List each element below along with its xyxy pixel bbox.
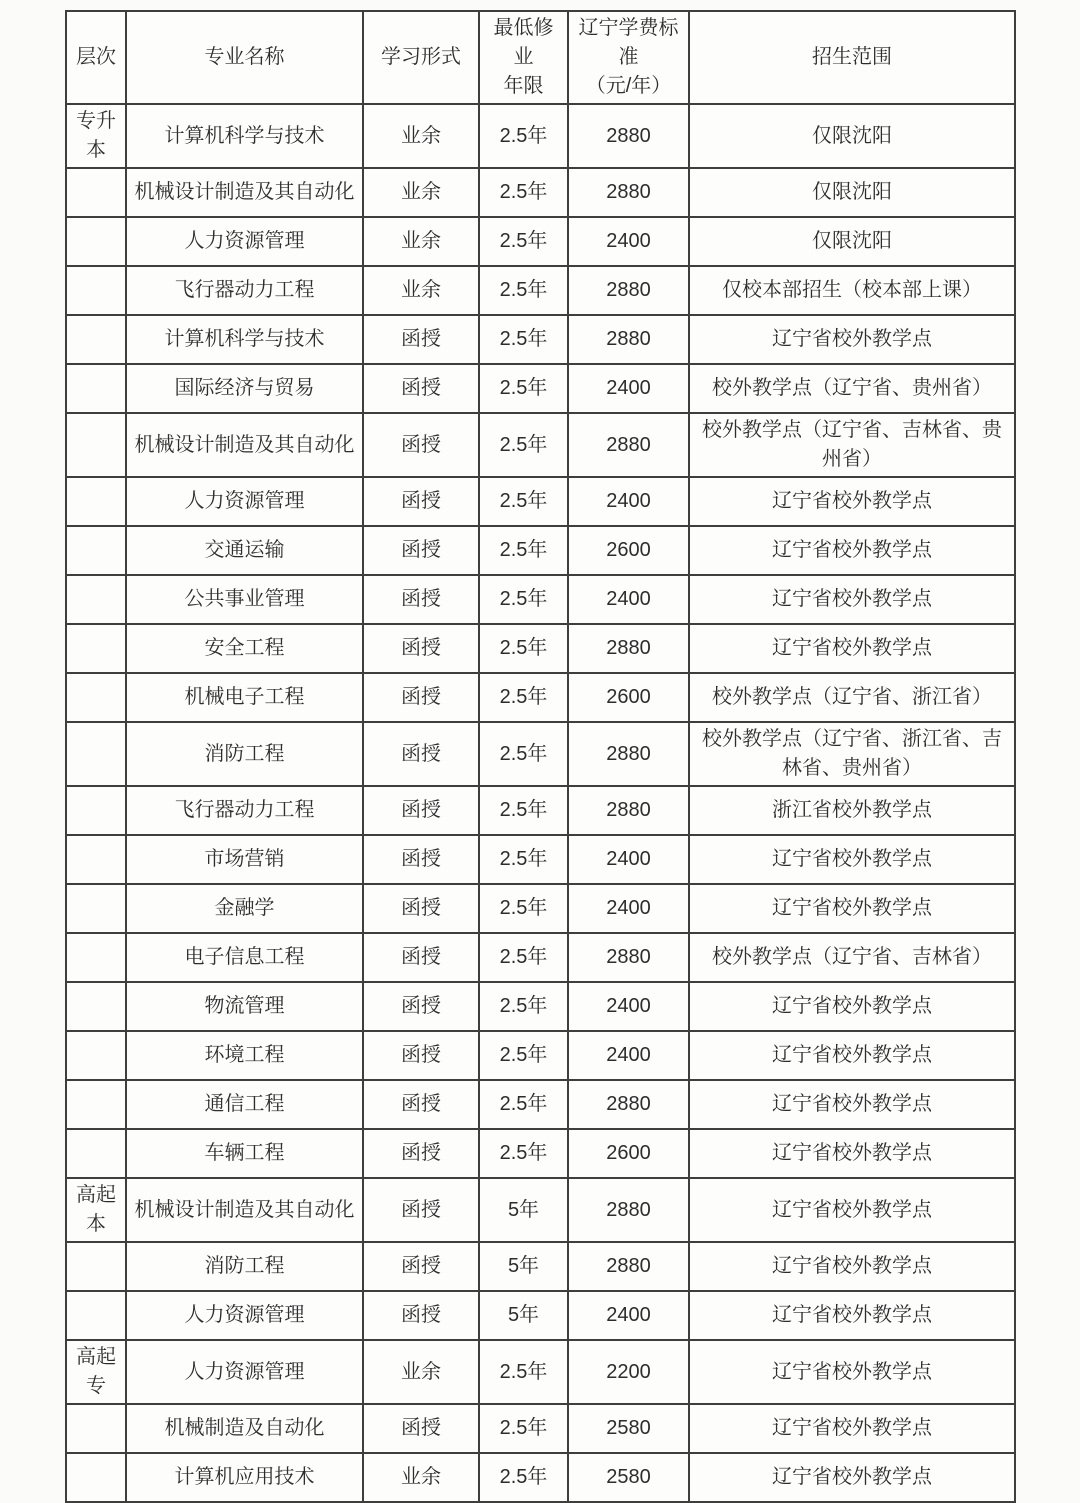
cell-enrollment-scope: 辽宁省校外教学点 bbox=[689, 624, 1015, 673]
cell-study-form: 函授 bbox=[363, 1031, 479, 1080]
cell-min-years: 2.5年 bbox=[479, 722, 568, 786]
table-row: 安全工程 函授 2.5年 2880 辽宁省校外教学点 bbox=[66, 624, 1015, 673]
table-row: 交通运输 函授 2.5年 2600 辽宁省校外教学点 bbox=[66, 526, 1015, 575]
cell-enrollment-scope: 辽宁省校外教学点 bbox=[689, 1340, 1015, 1404]
cell-tuition-fee: 2400 bbox=[568, 1031, 689, 1080]
cell-study-form: 函授 bbox=[363, 1291, 479, 1340]
cell-study-form: 函授 bbox=[363, 364, 479, 413]
table-body: 专升 本 计算机科学与技术 业余 2.5年 2880 仅限沈阳 机械设计制造及其… bbox=[66, 104, 1015, 1502]
cell-study-form: 函授 bbox=[363, 624, 479, 673]
cell-tuition-fee: 2400 bbox=[568, 835, 689, 884]
cell-min-years: 2.5年 bbox=[479, 266, 568, 315]
table-row: 通信工程 函授 2.5年 2880 辽宁省校外教学点 bbox=[66, 1080, 1015, 1129]
cell-min-years: 2.5年 bbox=[479, 933, 568, 982]
cell-major: 飞行器动力工程 bbox=[126, 786, 363, 835]
cell-level: 专升 本 bbox=[66, 104, 126, 168]
cell-enrollment-scope: 辽宁省校外教学点 bbox=[689, 477, 1015, 526]
cell-min-years: 2.5年 bbox=[479, 217, 568, 266]
cell-study-form: 业余 bbox=[363, 104, 479, 168]
cell-level bbox=[66, 933, 126, 982]
cell-level bbox=[66, 1080, 126, 1129]
cell-level bbox=[66, 413, 126, 477]
cell-level bbox=[66, 1291, 126, 1340]
cell-enrollment-scope: 辽宁省校外教学点 bbox=[689, 526, 1015, 575]
cell-min-years: 5年 bbox=[479, 1178, 568, 1242]
cell-major: 飞行器动力工程 bbox=[126, 266, 363, 315]
cell-study-form: 函授 bbox=[363, 884, 479, 933]
cell-min-years: 2.5年 bbox=[479, 1129, 568, 1178]
table-row: 飞行器动力工程 函授 2.5年 2880 浙江省校外教学点 bbox=[66, 786, 1015, 835]
cell-major: 计算机科学与技术 bbox=[126, 315, 363, 364]
cell-level bbox=[66, 722, 126, 786]
cell-min-years: 2.5年 bbox=[479, 982, 568, 1031]
cell-enrollment-scope: 浙江省校外教学点 bbox=[689, 786, 1015, 835]
cell-enrollment-scope: 仅限沈阳 bbox=[689, 104, 1015, 168]
cell-enrollment-scope: 校外教学点（辽宁省、贵州省） bbox=[689, 364, 1015, 413]
cell-level bbox=[66, 526, 126, 575]
cell-tuition-fee: 2880 bbox=[568, 266, 689, 315]
table-row: 飞行器动力工程 业余 2.5年 2880 仅校本部招生（校本部上课） bbox=[66, 266, 1015, 315]
cell-major: 机械设计制造及其自动化 bbox=[126, 168, 363, 217]
cell-tuition-fee: 2880 bbox=[568, 722, 689, 786]
table-row: 机械电子工程 函授 2.5年 2600 校外教学点（辽宁省、浙江省） bbox=[66, 673, 1015, 722]
cell-min-years: 2.5年 bbox=[479, 1340, 568, 1404]
table-row: 机械设计制造及其自动化 业余 2.5年 2880 仅限沈阳 bbox=[66, 168, 1015, 217]
cell-major: 车辆工程 bbox=[126, 1129, 363, 1178]
cell-study-form: 函授 bbox=[363, 1178, 479, 1242]
cell-min-years: 2.5年 bbox=[479, 413, 568, 477]
table-row: 高起 本 机械设计制造及其自动化 函授 5年 2880 辽宁省校外教学点 bbox=[66, 1178, 1015, 1242]
cell-enrollment-scope: 辽宁省校外教学点 bbox=[689, 1291, 1015, 1340]
cell-enrollment-scope: 校外教学点（辽宁省、浙江省） bbox=[689, 673, 1015, 722]
cell-study-form: 函授 bbox=[363, 413, 479, 477]
column-header-form: 学习形式 bbox=[363, 11, 479, 104]
cell-enrollment-scope: 仅限沈阳 bbox=[689, 168, 1015, 217]
cell-major: 交通运输 bbox=[126, 526, 363, 575]
cell-major: 物流管理 bbox=[126, 982, 363, 1031]
cell-enrollment-scope: 辽宁省校外教学点 bbox=[689, 1031, 1015, 1080]
cell-major: 金融学 bbox=[126, 884, 363, 933]
cell-min-years: 2.5年 bbox=[479, 315, 568, 364]
cell-study-form: 函授 bbox=[363, 1242, 479, 1291]
cell-tuition-fee: 2880 bbox=[568, 1242, 689, 1291]
table-header: 层次专业名称学习形式最低修业 年限辽宁学费标准 （元/年）招生范围 bbox=[66, 11, 1015, 104]
cell-study-form: 函授 bbox=[363, 315, 479, 364]
cell-study-form: 函授 bbox=[363, 933, 479, 982]
cell-tuition-fee: 2400 bbox=[568, 364, 689, 413]
header-row: 层次专业名称学习形式最低修业 年限辽宁学费标准 （元/年）招生范围 bbox=[66, 11, 1015, 104]
cell-study-form: 函授 bbox=[363, 982, 479, 1031]
cell-tuition-fee: 2600 bbox=[568, 1129, 689, 1178]
cell-study-form: 函授 bbox=[363, 1080, 479, 1129]
cell-major: 人力资源管理 bbox=[126, 1340, 363, 1404]
cell-tuition-fee: 2580 bbox=[568, 1453, 689, 1502]
cell-min-years: 2.5年 bbox=[479, 786, 568, 835]
cell-enrollment-scope: 辽宁省校外教学点 bbox=[689, 1129, 1015, 1178]
cell-min-years: 2.5年 bbox=[479, 575, 568, 624]
table-row: 高起 专 人力资源管理 业余 2.5年 2200 辽宁省校外教学点 bbox=[66, 1340, 1015, 1404]
table-row: 计算机应用技术 业余 2.5年 2580 辽宁省校外教学点 bbox=[66, 1453, 1015, 1502]
cell-study-form: 函授 bbox=[363, 477, 479, 526]
cell-enrollment-scope: 校外教学点（辽宁省、浙江省、吉林省、贵州省） bbox=[689, 722, 1015, 786]
column-header-major: 专业名称 bbox=[126, 11, 363, 104]
cell-enrollment-scope: 辽宁省校外教学点 bbox=[689, 835, 1015, 884]
cell-tuition-fee: 2600 bbox=[568, 673, 689, 722]
cell-enrollment-scope: 辽宁省校外教学点 bbox=[689, 575, 1015, 624]
cell-level bbox=[66, 477, 126, 526]
cell-major: 环境工程 bbox=[126, 1031, 363, 1080]
cell-tuition-fee: 2880 bbox=[568, 933, 689, 982]
cell-min-years: 2.5年 bbox=[479, 168, 568, 217]
table-row: 市场营销 函授 2.5年 2400 辽宁省校外教学点 bbox=[66, 835, 1015, 884]
cell-tuition-fee: 2400 bbox=[568, 884, 689, 933]
cell-tuition-fee: 2880 bbox=[568, 1080, 689, 1129]
cell-min-years: 5年 bbox=[479, 1291, 568, 1340]
cell-enrollment-scope: 辽宁省校外教学点 bbox=[689, 1453, 1015, 1502]
cell-study-form: 函授 bbox=[363, 575, 479, 624]
table-row: 公共事业管理 函授 2.5年 2400 辽宁省校外教学点 bbox=[66, 575, 1015, 624]
cell-tuition-fee: 2880 bbox=[568, 104, 689, 168]
cell-study-form: 函授 bbox=[363, 526, 479, 575]
cell-major: 公共事业管理 bbox=[126, 575, 363, 624]
table-row: 消防工程 函授 5年 2880 辽宁省校外教学点 bbox=[66, 1242, 1015, 1291]
cell-level bbox=[66, 575, 126, 624]
cell-level bbox=[66, 1404, 126, 1453]
cell-major: 市场营销 bbox=[126, 835, 363, 884]
scanned-document-page: 层次专业名称学习形式最低修业 年限辽宁学费标准 （元/年）招生范围 专升 本 计… bbox=[0, 0, 1080, 1503]
cell-enrollment-scope: 辽宁省校外教学点 bbox=[689, 315, 1015, 364]
cell-tuition-fee: 2200 bbox=[568, 1340, 689, 1404]
cell-major: 通信工程 bbox=[126, 1080, 363, 1129]
cell-major: 计算机科学与技术 bbox=[126, 104, 363, 168]
cell-study-form: 函授 bbox=[363, 786, 479, 835]
table-row: 物流管理 函授 2.5年 2400 辽宁省校外教学点 bbox=[66, 982, 1015, 1031]
table-row: 人力资源管理 业余 2.5年 2400 仅限沈阳 bbox=[66, 217, 1015, 266]
column-header-level: 层次 bbox=[66, 11, 126, 104]
table-row: 机械制造及自动化 函授 2.5年 2580 辽宁省校外教学点 bbox=[66, 1404, 1015, 1453]
column-header-years: 最低修业 年限 bbox=[479, 11, 568, 104]
cell-tuition-fee: 2400 bbox=[568, 575, 689, 624]
cell-study-form: 业余 bbox=[363, 266, 479, 315]
cell-study-form: 函授 bbox=[363, 1129, 479, 1178]
cell-study-form: 业余 bbox=[363, 1340, 479, 1404]
cell-min-years: 2.5年 bbox=[479, 1453, 568, 1502]
cell-major: 电子信息工程 bbox=[126, 933, 363, 982]
cell-study-form: 业余 bbox=[363, 217, 479, 266]
cell-level bbox=[66, 266, 126, 315]
cell-min-years: 2.5年 bbox=[479, 1080, 568, 1129]
cell-major: 机械设计制造及其自动化 bbox=[126, 413, 363, 477]
cell-level: 高起 专 bbox=[66, 1340, 126, 1404]
table-row: 消防工程 函授 2.5年 2880 校外教学点（辽宁省、浙江省、吉林省、贵州省） bbox=[66, 722, 1015, 786]
table-row: 车辆工程 函授 2.5年 2600 辽宁省校外教学点 bbox=[66, 1129, 1015, 1178]
column-header-fee: 辽宁学费标准 （元/年） bbox=[568, 11, 689, 104]
cell-enrollment-scope: 辽宁省校外教学点 bbox=[689, 1242, 1015, 1291]
cell-enrollment-scope: 校外教学点（辽宁省、吉林省、贵州省） bbox=[689, 413, 1015, 477]
cell-major: 机械制造及自动化 bbox=[126, 1404, 363, 1453]
cell-min-years: 2.5年 bbox=[479, 104, 568, 168]
cell-enrollment-scope: 辽宁省校外教学点 bbox=[689, 1178, 1015, 1242]
cell-tuition-fee: 2400 bbox=[568, 217, 689, 266]
cell-enrollment-scope: 辽宁省校外教学点 bbox=[689, 884, 1015, 933]
table-row: 专升 本 计算机科学与技术 业余 2.5年 2880 仅限沈阳 bbox=[66, 104, 1015, 168]
cell-major: 人力资源管理 bbox=[126, 217, 363, 266]
cell-enrollment-scope: 辽宁省校外教学点 bbox=[689, 1080, 1015, 1129]
cell-level bbox=[66, 168, 126, 217]
cell-major: 国际经济与贸易 bbox=[126, 364, 363, 413]
cell-min-years: 2.5年 bbox=[479, 364, 568, 413]
cell-enrollment-scope: 仅限沈阳 bbox=[689, 217, 1015, 266]
cell-major: 机械设计制造及其自动化 bbox=[126, 1178, 363, 1242]
cell-tuition-fee: 2880 bbox=[568, 315, 689, 364]
cell-enrollment-scope: 辽宁省校外教学点 bbox=[689, 1404, 1015, 1453]
cell-min-years: 2.5年 bbox=[479, 477, 568, 526]
cell-tuition-fee: 2880 bbox=[568, 786, 689, 835]
table-row: 计算机科学与技术 函授 2.5年 2880 辽宁省校外教学点 bbox=[66, 315, 1015, 364]
cell-study-form: 函授 bbox=[363, 1404, 479, 1453]
cell-major: 机械电子工程 bbox=[126, 673, 363, 722]
cell-level bbox=[66, 786, 126, 835]
cell-level bbox=[66, 1453, 126, 1502]
cell-tuition-fee: 2880 bbox=[568, 1178, 689, 1242]
table-row: 国际经济与贸易 函授 2.5年 2400 校外教学点（辽宁省、贵州省） bbox=[66, 364, 1015, 413]
cell-min-years: 5年 bbox=[479, 1242, 568, 1291]
cell-major: 人力资源管理 bbox=[126, 1291, 363, 1340]
cell-study-form: 业余 bbox=[363, 1453, 479, 1502]
cell-level: 高起 本 bbox=[66, 1178, 126, 1242]
table-row: 电子信息工程 函授 2.5年 2880 校外教学点（辽宁省、吉林省） bbox=[66, 933, 1015, 982]
cell-enrollment-scope: 仅校本部招生（校本部上课） bbox=[689, 266, 1015, 315]
cell-level bbox=[66, 1129, 126, 1178]
cell-tuition-fee: 2400 bbox=[568, 982, 689, 1031]
cell-min-years: 2.5年 bbox=[479, 835, 568, 884]
cell-level bbox=[66, 1031, 126, 1080]
cell-level bbox=[66, 835, 126, 884]
cell-tuition-fee: 2400 bbox=[568, 477, 689, 526]
cell-min-years: 2.5年 bbox=[479, 526, 568, 575]
cell-tuition-fee: 2580 bbox=[568, 1404, 689, 1453]
cell-study-form: 函授 bbox=[363, 673, 479, 722]
cell-level bbox=[66, 982, 126, 1031]
cell-level bbox=[66, 217, 126, 266]
cell-min-years: 2.5年 bbox=[479, 884, 568, 933]
cell-tuition-fee: 2880 bbox=[568, 624, 689, 673]
cell-enrollment-scope: 辽宁省校外教学点 bbox=[689, 982, 1015, 1031]
cell-level bbox=[66, 624, 126, 673]
cell-level bbox=[66, 1242, 126, 1291]
table-row: 人力资源管理 函授 2.5年 2400 辽宁省校外教学点 bbox=[66, 477, 1015, 526]
cell-level bbox=[66, 364, 126, 413]
cell-major: 消防工程 bbox=[126, 722, 363, 786]
cell-major: 安全工程 bbox=[126, 624, 363, 673]
admissions-table: 层次专业名称学习形式最低修业 年限辽宁学费标准 （元/年）招生范围 专升 本 计… bbox=[65, 10, 1016, 1503]
cell-study-form: 函授 bbox=[363, 835, 479, 884]
cell-enrollment-scope: 校外教学点（辽宁省、吉林省） bbox=[689, 933, 1015, 982]
cell-level bbox=[66, 884, 126, 933]
cell-min-years: 2.5年 bbox=[479, 1404, 568, 1453]
column-header-scope: 招生范围 bbox=[689, 11, 1015, 104]
cell-study-form: 函授 bbox=[363, 722, 479, 786]
cell-min-years: 2.5年 bbox=[479, 624, 568, 673]
cell-level bbox=[66, 673, 126, 722]
cell-major: 消防工程 bbox=[126, 1242, 363, 1291]
cell-tuition-fee: 2400 bbox=[568, 1291, 689, 1340]
table-row: 金融学 函授 2.5年 2400 辽宁省校外教学点 bbox=[66, 884, 1015, 933]
cell-tuition-fee: 2880 bbox=[568, 413, 689, 477]
table-row: 机械设计制造及其自动化 函授 2.5年 2880 校外教学点（辽宁省、吉林省、贵… bbox=[66, 413, 1015, 477]
cell-min-years: 2.5年 bbox=[479, 1031, 568, 1080]
cell-tuition-fee: 2880 bbox=[568, 168, 689, 217]
cell-major: 计算机应用技术 bbox=[126, 1453, 363, 1502]
table-row: 环境工程 函授 2.5年 2400 辽宁省校外教学点 bbox=[66, 1031, 1015, 1080]
cell-level bbox=[66, 315, 126, 364]
cell-tuition-fee: 2600 bbox=[568, 526, 689, 575]
cell-study-form: 业余 bbox=[363, 168, 479, 217]
cell-major: 人力资源管理 bbox=[126, 477, 363, 526]
table-row: 人力资源管理 函授 5年 2400 辽宁省校外教学点 bbox=[66, 1291, 1015, 1340]
cell-min-years: 2.5年 bbox=[479, 673, 568, 722]
